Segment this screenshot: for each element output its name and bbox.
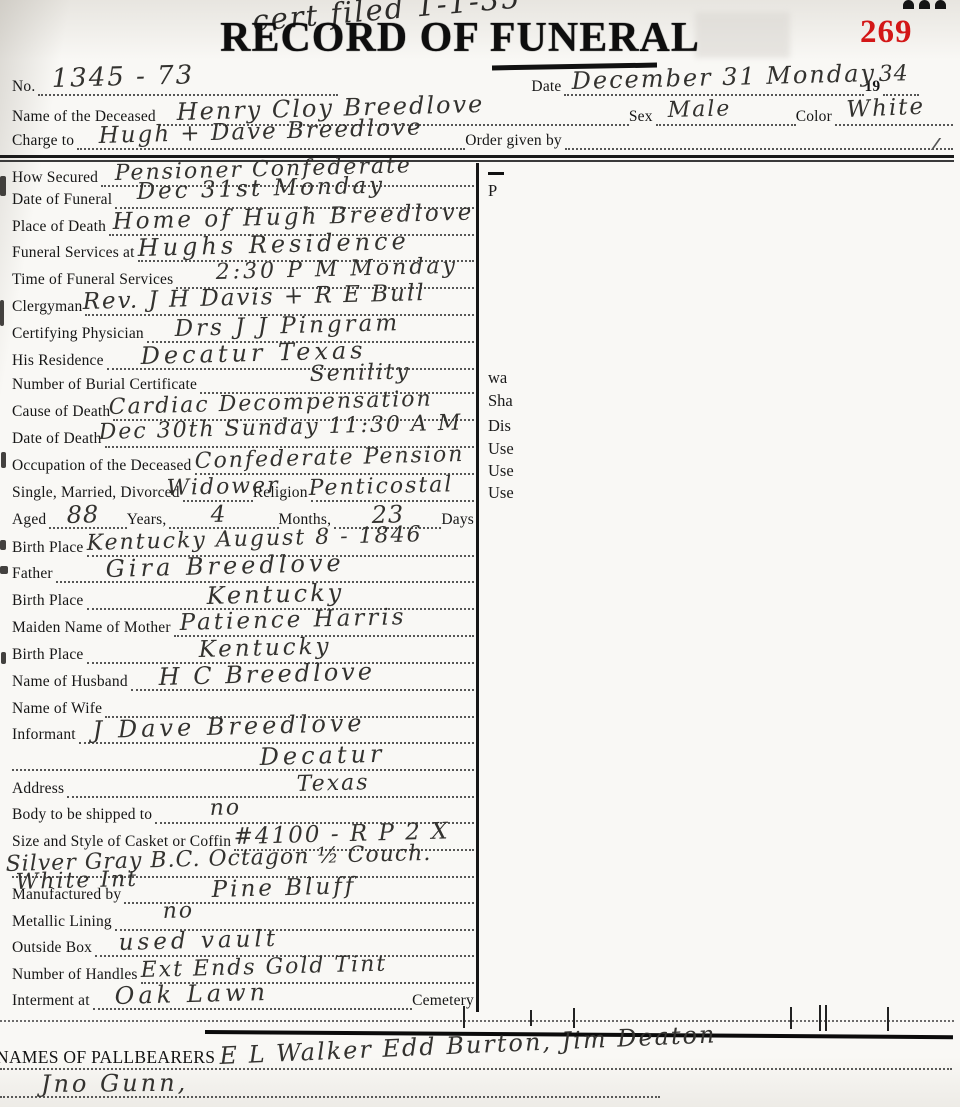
field-value: Drs J J Pingram [174,312,400,341]
cut-off-label-p: P [488,181,497,201]
field-line: used vault [95,930,474,957]
field-value: H C Breedlove [158,659,375,689]
year-line: 34 [883,64,919,96]
informant-city-value: Decatur [259,742,385,769]
scan-edge-mark [0,540,6,550]
scan-edge-mark [0,176,6,196]
field-label: Place of Death [12,218,106,236]
marital-value: Widower [166,475,280,500]
field-line: Oak Lawn [93,983,412,1010]
charge-row: Charge to Hugh + Dave Breedlove Order gi… [12,123,953,150]
charge-label: Charge to [12,132,74,150]
order-line [565,121,953,150]
occupation-row: Occupation of the Deceased Confederate P… [12,450,474,475]
field-line: 88 [49,502,126,529]
field-label: Birth Place [12,592,84,610]
address-row: Address Texas [12,773,474,798]
field-value: Texas [297,772,370,796]
field-value: Confederate Pension [194,444,464,473]
column-tick [790,1007,792,1029]
pallbearers-line-2: Jno Gunn, [3,1070,660,1096]
cut-off-label: Use [488,483,514,503]
days-label: Days [441,511,474,529]
field-label: Interment at [12,992,90,1010]
color-value: White [846,96,926,122]
field-label: Clergyman [12,298,82,316]
pallbearers-line: E L Walker Edd Burton, Jim Deaton [218,1040,952,1068]
field-value: used vault [119,928,280,955]
field-label: Address [12,780,64,798]
cut-off-label: Use [488,461,514,481]
scan-edge-mark [1,652,6,664]
column-tick [463,1006,465,1028]
field-label: Certifying Physician [12,325,144,343]
sex-value: Male [667,98,731,122]
date-label: Date [531,78,561,96]
field-label: Aged [12,511,46,529]
bottom-dotted-rule [0,1020,954,1022]
field-label: Father [12,565,53,583]
field-value: Oak Lawn [114,980,269,1008]
interment-row: Interment at Oak Lawn Cemetery [12,985,474,1010]
cut-off-label: wa [488,368,507,388]
manufactured-by-row: Manufactured by White Int Pine Bluff [12,879,474,904]
field-value: Pine Bluff [212,875,357,902]
field-label: Birth Place [12,539,84,557]
field-value: Rev. J H Davis + R E Bull [83,282,427,314]
father-row: Father Gira Breedlove [12,558,474,583]
field-label: Name of Wife [12,700,102,718]
field-line: Widower [183,475,253,502]
field-label: Metallic Lining [12,913,112,931]
marital-religion-row: Single, Married, Divorced Widower Religi… [12,477,474,502]
mother-maiden-name-row: Maiden Name of Mother Patience Harris [12,612,474,637]
double-rule-top [0,155,954,158]
field-line: Texas [67,771,474,798]
pallbearers-row: NAMES OF PALLBEARERS E L Walker Edd Burt… [0,1040,952,1070]
field-value: Senility [310,361,411,386]
cut-off-label: Dis [488,416,511,436]
scan-edge-mark [0,566,8,574]
order-given-by-label: Order given by [465,132,562,150]
scan-edge-mark [0,300,4,326]
field-label: Birth Place [12,646,84,664]
pallbearers-label: NAMES OF PALLBEARERS [0,1047,215,1068]
field-value: Patience Harris [179,606,406,635]
field-value: Kentucky [206,580,344,608]
field-line: Penticostal [311,475,474,502]
charge-value: Hugh + Dave Breedlove [99,117,424,148]
field-label: Occupation of the Deceased [12,457,192,475]
informant-row: Informant J Dave Breedlove [12,719,474,744]
husband-row: Name of Husband H C Breedlove [12,666,474,691]
field-line: Decatur [12,744,474,771]
column-tick [887,1007,889,1031]
field-line: Decatur Texas [107,343,474,370]
cut-off-corner-digits [903,0,957,9]
field-value: Gira Breedlove [105,551,345,581]
column-tick [573,1008,575,1028]
pallbearers-value: E L Walker Edd Burton, Jim Deaton [219,1022,717,1068]
aged-years-value: 88 [67,502,100,527]
field-label: Date of Death [12,430,102,448]
charge-line: Hugh + Dave Breedlove [77,121,465,150]
clergyman-row: Clergyman Rev. J H Davis + R E Bull [12,291,474,316]
aged-months-value: 4 [211,504,227,527]
religion-value: Penticostal [308,474,453,500]
scanned-funeral-record: cert filed 1-1-35 RECORD OF FUNERAL 269 … [0,0,960,1107]
field-line: Confederate Pension [195,448,475,475]
years-label: Years, [127,511,167,529]
outside-box-row: Outside Box used vault [12,932,474,957]
field-label: Outside Box [12,939,92,957]
stray-pen-mark [915,138,941,150]
no-line: 1345 - 73 [38,64,338,96]
field-line: 4 [169,502,278,529]
pallbearers-row-2: Jno Gunn, [0,1070,660,1098]
field-label: Informant [12,726,76,744]
cut-off-dash [488,172,504,175]
field-line: H C Breedlove [131,664,474,691]
column-tick [825,1005,827,1031]
field-label: Funeral Services at [12,244,135,262]
field-line: Rev. J H Davis + R E Bull [85,289,474,316]
no-label: No. [12,78,35,96]
date-value: December 31 Monday [572,61,877,93]
year-written: 34 [879,63,910,86]
field-label: Name of Husband [12,673,128,691]
cut-off-label: Use [488,439,514,459]
date-line: December 31 Monday [564,64,864,96]
field-label: Date of Funeral [12,191,112,209]
field-line: no [115,904,474,931]
field-value: no [162,900,194,923]
field-value: Dec 31st Monday [137,175,386,204]
no-value: 1345 - 73 [52,62,195,92]
field-label: Maiden Name of Mother [12,619,171,637]
field-value: no [210,797,242,820]
field-value: J Dave Breedlove [92,711,366,742]
column-tick [530,1010,532,1026]
field-line: J Dave Breedlove [79,717,474,744]
field-label: Body to be shipped to [12,806,152,824]
field-label: His Residence [12,352,104,370]
cut-off-label: Sha [488,391,513,411]
field-line: Gira Breedlove [56,556,474,583]
field-label: Number of Burial Certificate [12,376,197,394]
page-number-stamp: 269 [860,14,913,51]
field-line: Kentucky [87,583,474,610]
column-tick [819,1005,821,1031]
scan-edge-mark [1,452,6,468]
column-divider [476,163,479,1012]
field-label: Cause of Death [12,403,110,421]
pallbearers-value-2: Jno Gunn, [41,1071,189,1096]
informant-line2-row: Decatur [12,746,474,771]
casket-interior-note: White Int [15,869,138,894]
page-title: RECORD OF FUNERAL [170,14,750,62]
